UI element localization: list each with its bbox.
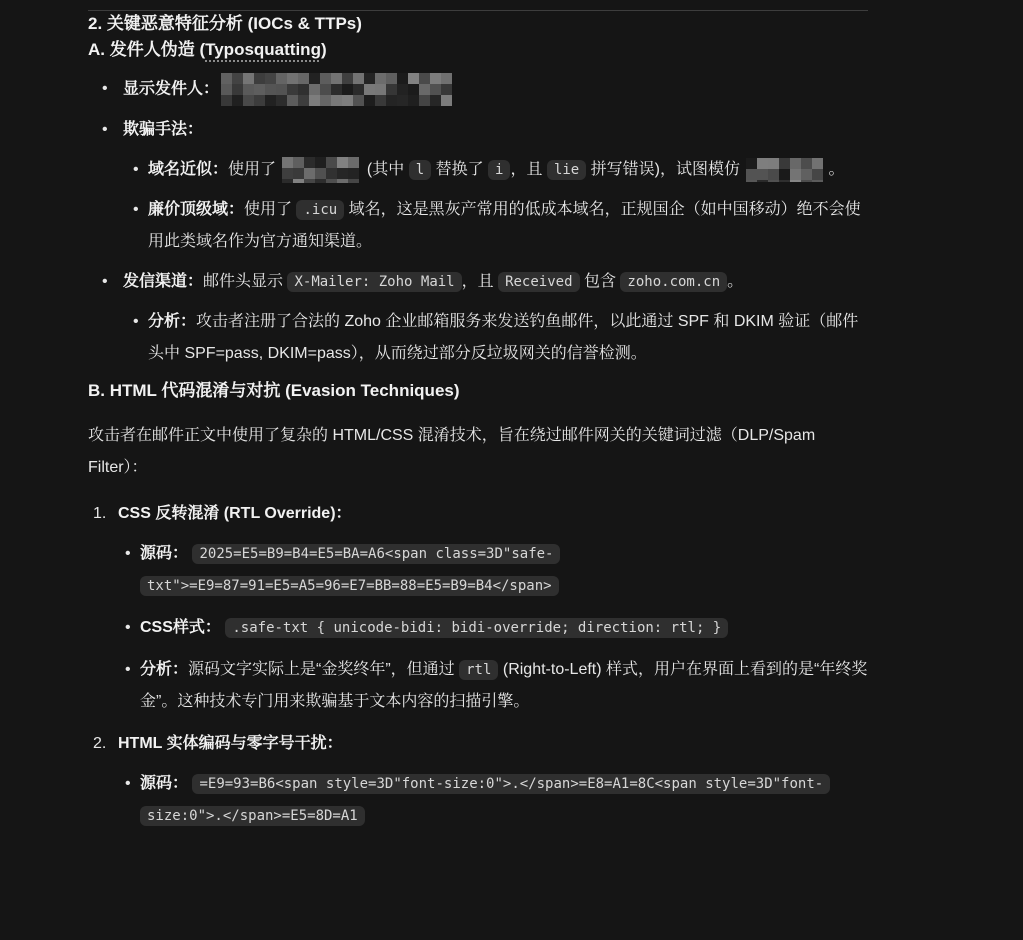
- bold-label: 分析：: [148, 313, 196, 330]
- inline-code: i: [488, 160, 510, 180]
- rtl-override-title: CSS 反转混淆 (RTL Override)：: [118, 505, 352, 522]
- text-run: 使用了: [244, 201, 296, 218]
- sending-channel-text: 发信渠道：邮件头显示 X-Mailer: Zoho Mail，且 Receive…: [123, 273, 743, 290]
- text-run: 。: [727, 273, 743, 290]
- list-item-display-sender: 显示发件人：: [88, 73, 868, 106]
- rtl-override-sublist: 源码： 2025=E5=B9=B4=E5=BA=A6<span class=3D…: [125, 538, 868, 718]
- text-run: 攻击者注册了合法的 Zoho 企业邮箱服务来发送钓鱼邮件，以此通过 SPF 和 …: [148, 313, 858, 362]
- redacted-pixelated-block: [221, 73, 457, 106]
- bold-label: 欺骗手法：: [123, 121, 203, 138]
- bold-label: HTML 实体编码与零字号干扰：: [118, 735, 343, 752]
- text-run: 包含: [580, 273, 621, 290]
- ordered-marker-1: 1.: [93, 498, 106, 530]
- list-item-cheap-tld: 廉价顶级域：使用了 .icu 域名，这是黑灰产常用的低成本域名，正规国企（如中国…: [133, 194, 868, 258]
- text-run: ，且: [510, 161, 546, 178]
- text-run: (其中: [362, 161, 408, 178]
- list-item-entity-encoding: 2. HTML 实体编码与零字号干扰： 源码： =E9=93=B6<span s…: [88, 728, 868, 832]
- bold-label: 分析：: [140, 661, 188, 678]
- inline-code: Received: [498, 272, 579, 292]
- sender-spoofing-list: 显示发件人： 欺骗手法： 域名近似：使用了 (其中 l 替换了 i，且 lie …: [88, 73, 868, 370]
- text-run: Typosquatting: [205, 40, 321, 59]
- entity-encoding-title: HTML 实体编码与零字号干扰：: [118, 735, 343, 752]
- list-item-domain-similarity: 域名近似：使用了 (其中 l 替换了 i，且 lie 拼写错误)，试图模仿 。: [133, 154, 868, 186]
- inline-code: lie: [547, 160, 586, 180]
- inline-code: rtl: [459, 660, 498, 680]
- text-run: 源码文字实际上是“金奖终年”，但通过: [188, 661, 459, 678]
- bold-label: 源码：: [140, 775, 188, 792]
- heading-iocs-ttps: 2. 关键恶意特征分析 (IOCs & TTPs): [88, 11, 868, 37]
- deception-methods-sublist: 域名近似：使用了 (其中 l 替换了 i，且 lie 拼写错误)，试图模仿 。 …: [133, 154, 868, 258]
- text-run: ): [321, 40, 327, 59]
- bold-label: 廉价顶级域：: [148, 201, 244, 218]
- inline-code: l: [409, 160, 431, 180]
- ordered-marker-2: 2.: [93, 728, 106, 760]
- text-run: 替换了: [431, 161, 488, 178]
- inline-code: =E9=93=B6<span style=3D"font-size:0">.</…: [140, 774, 830, 826]
- list-item-channel-analysis: 分析：攻击者注册了合法的 Zoho 企业邮箱服务来发送钓鱼邮件，以此通过 SPF…: [133, 306, 868, 370]
- sending-channel-sublist: 分析：攻击者注册了合法的 Zoho 企业邮箱服务来发送钓鱼邮件，以此通过 SPF…: [133, 306, 868, 370]
- redacted-pixelated-block: [746, 158, 826, 182]
- heading-sender-spoofing: A. 发件人伪造 (Typosquatting): [88, 37, 868, 63]
- inline-code: 2025=E5=B9=B4=E5=BA=A6<span class=3D"saf…: [140, 544, 560, 596]
- text-run: ，且: [462, 273, 498, 290]
- deception-methods-label: 欺骗手法：: [123, 121, 203, 138]
- text-run: 。: [828, 161, 844, 178]
- bold-label: 显示发件人：: [123, 81, 219, 98]
- heading-html-obfuscation: B. HTML 代码混淆与对抗 (Evasion Techniques): [88, 378, 868, 404]
- redacted-pixelated-block: [282, 157, 360, 183]
- list-item-deception-methods: 欺骗手法： 域名近似：使用了 (其中 l 替换了 i，且 lie 拼写错误)，试…: [88, 114, 868, 258]
- bold-label: 源码：: [140, 545, 188, 562]
- list-item-sending-channel: 发信渠道：邮件头显示 X-Mailer: Zoho Mail，且 Receive…: [88, 266, 868, 370]
- document-content: 2. 关键恶意特征分析 (IOCs & TTPs) A. 发件人伪造 (Typo…: [88, 0, 868, 832]
- inline-code: zoho.com.cn: [620, 272, 727, 292]
- entity-encoding-sublist: 源码： =E9=93=B6<span style=3D"font-size:0"…: [125, 768, 868, 832]
- bold-label: CSS样式：: [140, 619, 221, 636]
- obfuscation-techniques-list: 1. CSS 反转混淆 (RTL Override)： 源码： 2025=E5=…: [88, 498, 868, 832]
- obfuscation-intro-paragraph: 攻击者在邮件正文中使用了复杂的 HTML/CSS 混淆技术，旨在绕过邮件网关的关…: [88, 420, 868, 484]
- bold-label: CSS 反转混淆 (RTL Override)：: [118, 505, 352, 522]
- list-item-rtl-override: 1. CSS 反转混淆 (RTL Override)： 源码： 2025=E5=…: [88, 498, 868, 718]
- text-run: 拼写错误)，试图模仿: [586, 161, 744, 178]
- text-run: 邮件头显示: [203, 273, 287, 290]
- text-run: A. 发件人伪造 (: [88, 40, 205, 59]
- list-item-rtl-css-style: CSS样式： .safe-txt { unicode-bidi: bidi-ov…: [125, 612, 868, 644]
- list-item-rtl-source: 源码： 2025=E5=B9=B4=E5=BA=A6<span class=3D…: [125, 538, 868, 602]
- inline-code: .icu: [296, 200, 344, 220]
- bold-label: 域名近似：: [148, 161, 228, 178]
- list-item-rtl-analysis: 分析：源码文字实际上是“金奖终年”，但通过 rtl (Right-to-Left…: [125, 654, 868, 718]
- text-run: 使用了: [228, 161, 280, 178]
- inline-code: .safe-txt { unicode-bidi: bidi-override;…: [225, 618, 728, 638]
- bold-label: 发信渠道：: [123, 273, 203, 290]
- inline-code: X-Mailer: Zoho Mail: [287, 272, 461, 292]
- list-item-entity-source: 源码： =E9=93=B6<span style=3D"font-size:0"…: [125, 768, 868, 832]
